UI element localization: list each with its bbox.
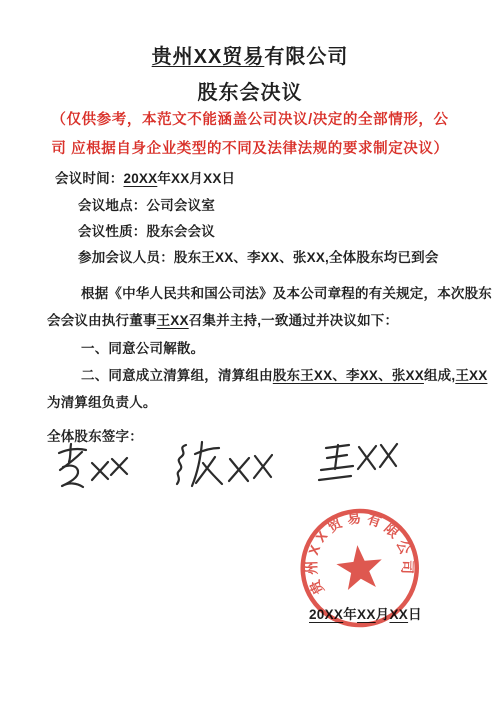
meeting-attendees-line: 参加会议人员：股东王XX、李XX、张XX,全体股东均已到会 <box>78 246 439 266</box>
paragraph1-line2-rest: 召集并主持,一致通过并决议如下： <box>189 313 398 328</box>
disclaimer-line-1: （仅供参考，本范文不能涵盖公司决议/决定的全部情形，公 <box>0 108 500 129</box>
company-title-underlined: 贵州XX贸易 <box>152 46 265 68</box>
seal-star-icon <box>335 543 385 591</box>
item2-liquidation-members: 股东王XX、李XX、张XX <box>273 368 424 383</box>
meeting-time-line: 会议时间：20XX年XX月XX日 <box>55 167 235 187</box>
resolution-item-2-line2: 为清算组负责人。 <box>47 391 157 411</box>
signature-li-xx-strokes <box>56 440 138 494</box>
meeting-time-label: 会议时间： <box>55 171 124 186</box>
disclaimer-line-2: 司 应根据自身企业类型的不同及法律法规的要求制定决议） <box>0 137 500 158</box>
item2-text-a: 二、同意成立清算组，清算组由 <box>81 368 273 383</box>
meeting-location-line: 会议地点：公司会议室 <box>78 194 215 214</box>
company-seal: 贵州XX贸易有限公司 <box>292 500 429 641</box>
paragraph1-line2: 会会议由执行董事王XX召集并主持,一致通过并决议如下： <box>47 309 398 329</box>
item2-text-b: 组成, <box>424 368 455 383</box>
signature-zhang-xx <box>171 438 273 494</box>
resolution-item-2-line1: 二、同意成立清算组，清算组由股东王XX、李XX、张XX组成,王XX <box>81 364 487 384</box>
signature-wang-xx-strokes <box>314 438 402 490</box>
paragraph1-director-name: 王XX <box>157 313 189 328</box>
meeting-time-rest: 年XX月XX日 <box>157 171 235 186</box>
company-seal-graphic: 贵州XX贸易有限公司 <box>292 500 428 636</box>
meeting-nature-line: 会议性质：股东会会议 <box>78 220 215 240</box>
meeting-time-year: 20XX <box>124 171 158 186</box>
document-subtitle: 股东会决议 <box>0 76 500 105</box>
paragraph1-line1: 根据《中华人民共和国公司法》及本公司章程的有关规定，本次股东 <box>81 282 492 302</box>
company-title: 贵州XX贸易有限公司 <box>0 40 500 69</box>
item2-leader-name: 王XX <box>455 368 487 383</box>
signature-li-xx <box>56 440 138 494</box>
signature-zhang-xx-strokes <box>171 438 273 494</box>
company-title-rest: 有限公司 <box>264 46 348 68</box>
signature-wang-xx <box>314 438 402 490</box>
document-page: { "document": { "title": { "underlined":… <box>0 0 500 707</box>
resolution-item-1: 一、同意公司解散。 <box>81 337 204 357</box>
paragraph1-line2-text: 会会议由执行董事 <box>47 313 157 328</box>
